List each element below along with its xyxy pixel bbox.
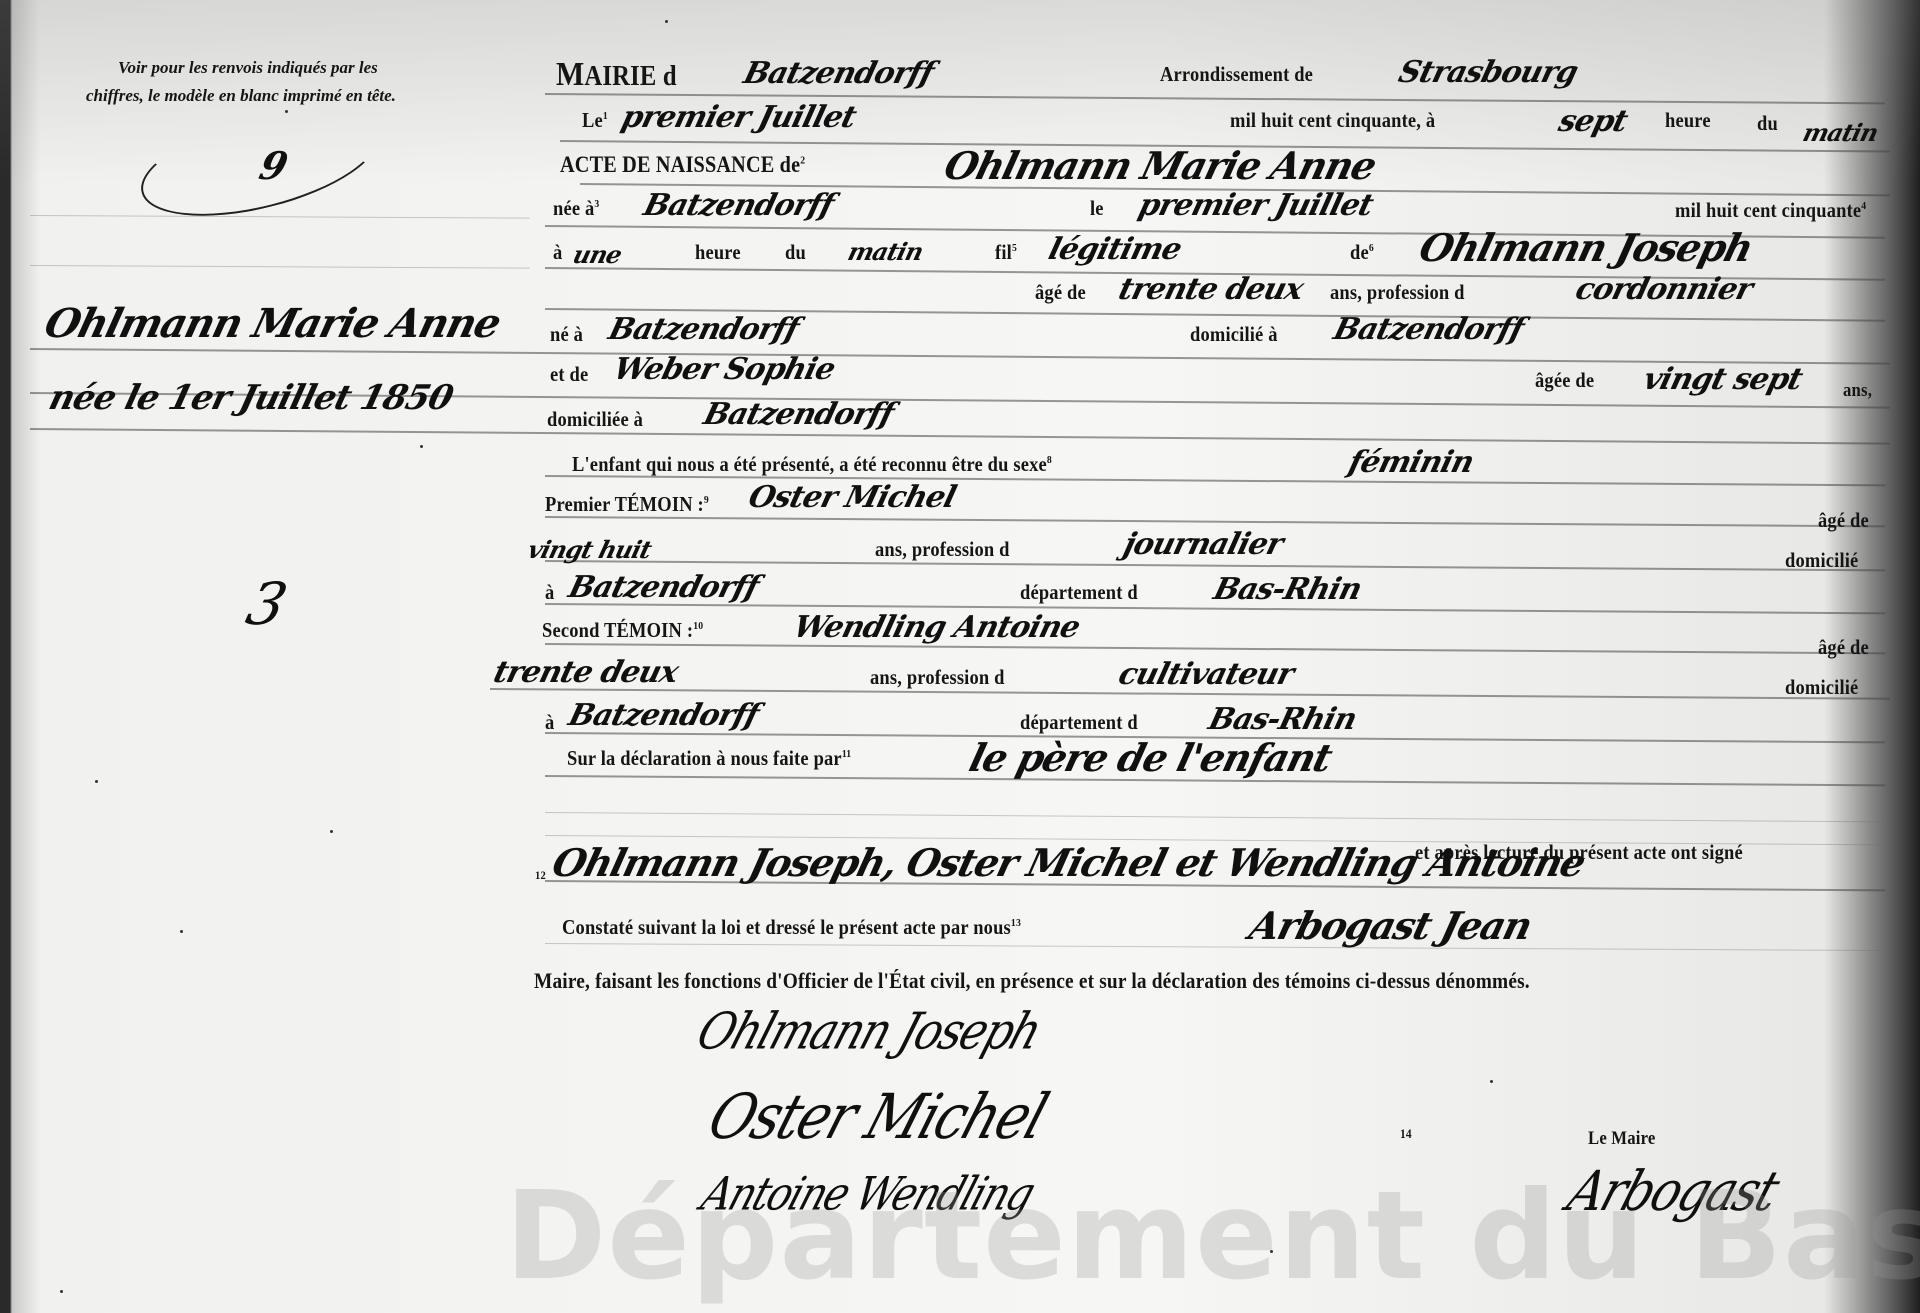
ref-8: 8 (1047, 454, 1052, 466)
ink-speck (60, 1290, 63, 1293)
declaration-label-text: Sur la déclaration à nous faite par (567, 746, 842, 770)
mairie-label-rest: AIRIE d (584, 61, 676, 92)
witness2-a-label: à (545, 710, 554, 735)
fil-label: fil5 (995, 240, 1017, 265)
ink-speck (1270, 1250, 1273, 1253)
margin-mark: 3 (240, 570, 292, 638)
witness1-age: vingt huit (525, 535, 654, 564)
le-label: Le (582, 108, 603, 132)
mother-name: Weber Sophie (610, 352, 838, 387)
ref-9: 9 (704, 494, 709, 506)
ref-2: 2 (800, 154, 805, 166)
witness2-departement-label: département d (1020, 710, 1138, 735)
witness2-profession: cultivateur (1115, 657, 1297, 692)
signature-ref: 14 (1400, 1126, 1412, 1142)
witness1-label: Premier TÉMOIN :9 (545, 492, 709, 517)
ruled-line (545, 812, 1885, 822)
signature-oster: Oster Michel (700, 1081, 1055, 1153)
du-label-2: du (785, 240, 806, 265)
mother-domicile-label: domiciliée à (547, 407, 643, 432)
witness1-domicile: Batzendorff (565, 570, 762, 605)
father-profession-label: ans, profession d (1330, 280, 1465, 305)
birth-hour: une (570, 240, 624, 269)
witness2-age-label: âgé de (1818, 635, 1869, 660)
archive-watermark: Département du Bas (505, 1165, 1920, 1307)
arrondissement-value: Strasbourg (1395, 55, 1581, 90)
fil-label-text: fil (995, 240, 1012, 264)
birth-year-label: mil huit cent cinquante (1675, 198, 1861, 222)
acte-label-text: ACTE DE NAISSANCE de (560, 152, 800, 177)
father-profession: cordonnier (1572, 272, 1756, 307)
ruled-line (545, 943, 1885, 951)
mairie-label-cap: M (556, 56, 584, 93)
arrondissement-label: Arrondissement de (1160, 62, 1313, 87)
declaration-label: Sur la déclaration à nous faite par11 (567, 746, 851, 771)
hour-value: sept (1555, 104, 1631, 139)
le-label: le (1090, 196, 1104, 221)
margin-annotation-birth: née le 1er Juillet 1850 (45, 378, 457, 418)
acte-label: ACTE DE NAISSANCE de2 (560, 152, 805, 178)
nee-label-text: née à (553, 196, 594, 220)
signed-ref: 12 (535, 868, 546, 883)
mairie-label: MAIRIE d (556, 56, 677, 94)
sex-value: féminin (1345, 445, 1477, 480)
signed-names: Ohlmann Joseph, Oster Michel et Wendling… (548, 840, 1589, 885)
ink-speck (1490, 1080, 1493, 1083)
mother-age: vingt sept (1640, 362, 1805, 397)
witness2-label: Second TÉMOIN :10 (542, 618, 703, 643)
a-label: à (553, 240, 562, 265)
date-value: premier Juillet (618, 100, 859, 135)
ruled-line (545, 516, 1885, 527)
birth-date: premier Juillet (1135, 188, 1376, 223)
signature-ohlmann: Ohlmann Joseph (690, 1002, 1047, 1061)
mother-domicile: Batzendorff (700, 397, 897, 432)
child-name: Ohlmann Marie Anne (940, 143, 1380, 188)
father-domicile: Batzendorff (1330, 312, 1527, 347)
father-age: trente deux (1115, 272, 1306, 307)
ref-3: 3 (594, 198, 599, 210)
witness2-profession-label: ans, profession d (870, 665, 1005, 690)
birth-year-text: mil huit cent cinquante4 (1675, 198, 1866, 223)
ink-speck (285, 110, 288, 113)
ref-6: 6 (1369, 242, 1374, 254)
period-value: matin (1800, 118, 1881, 147)
birth-period: matin (845, 237, 926, 266)
constate-label: Constaté suivant la loi et dressé le pré… (562, 915, 1021, 940)
witness1-label-text: Premier TÉMOIN : (545, 492, 704, 516)
witness1-profession: journalier (1120, 527, 1286, 562)
father-born-place: Batzendorff (605, 312, 802, 347)
witness2-name: Wendling Antoine (790, 610, 1083, 645)
witness1-profession-label: ans, profession d (875, 537, 1010, 562)
witness1-domicile-label: domicilié (1785, 548, 1858, 573)
mairie-value: Batzendorff (740, 56, 937, 91)
mother-ans-label: ans, (1843, 380, 1872, 402)
ruled-line (30, 348, 1890, 365)
constate-line2: Maire, faisant les fonctions d'Officier … (534, 968, 1530, 994)
sex-label-text: L'enfant qui nous a été présenté, a été … (572, 452, 1047, 476)
mother-label: et de (550, 362, 588, 387)
father-name: Ohlmann Joseph (1415, 225, 1757, 270)
de-label: de6 (1350, 240, 1374, 265)
ink-speck (665, 20, 668, 23)
witness2-domicile-label: domicilié (1785, 675, 1858, 700)
maire-label: Le Maire (1588, 1128, 1655, 1150)
ref-4: 4 (1861, 200, 1866, 212)
ruled-line (30, 265, 530, 269)
witness2-label-text: Second TÉMOIN : (542, 618, 693, 642)
de-label-text: de (1350, 240, 1369, 264)
ref-13: 13 (1011, 917, 1021, 929)
nee-label: née à3 (553, 196, 599, 221)
mother-age-label: âgée de (1535, 368, 1594, 393)
filiation: légitime (1045, 232, 1185, 267)
ink-speck (330, 830, 333, 833)
ink-speck (180, 930, 183, 933)
scanned-register-page: Voir pour les renvois indiqués par les c… (0, 0, 1920, 1313)
margin-note-line1: Voir pour les renvois indiqués par les (118, 58, 378, 78)
ruled-line (545, 643, 1885, 654)
date-label: Le1 (582, 108, 608, 133)
ref-10: 10 (693, 620, 703, 632)
officer-name: Arbogast Jean (1245, 903, 1536, 948)
ref-1: 1 (603, 110, 608, 122)
hour-label: heure (1665, 108, 1711, 133)
witness1-a-label: à (545, 580, 554, 605)
witness1-departement-label: département d (1020, 580, 1138, 605)
ruled-line (30, 428, 1890, 445)
margin-annotation-name: Ohlmann Marie Anne (40, 300, 505, 347)
margin-note-line2: chiffres, le modèle en blanc imprimé en … (86, 86, 396, 106)
birth-place: Batzendorff (640, 188, 837, 223)
ink-speck (95, 780, 98, 783)
witness2-departement: Bas-Rhin (1205, 702, 1360, 737)
witness1-age-label: âgé de (1818, 508, 1869, 533)
ref-5: 5 (1012, 242, 1017, 254)
declaration-value: le père de l'enfant (965, 735, 1336, 780)
du-label: du (1757, 111, 1778, 136)
witness2-domicile: Batzendorff (565, 698, 762, 733)
year-text: mil huit cent cinquante, à (1230, 108, 1435, 133)
ref-11: 11 (842, 748, 852, 760)
witness2-age: trente deux (490, 655, 681, 690)
father-born-label: né à (550, 322, 583, 347)
ruled-line (30, 215, 530, 219)
father-age-label: âgé de (1035, 280, 1086, 305)
heure-label: heure (695, 240, 741, 265)
ink-speck (420, 445, 423, 448)
witness1-name: Oster Michel (745, 480, 959, 515)
witness1-departement: Bas-Rhin (1210, 572, 1365, 607)
sex-label: L'enfant qui nous a été présenté, a été … (572, 452, 1052, 477)
constate-label-text: Constaté suivant la loi et dressé le pré… (562, 915, 1011, 939)
father-domicile-label: domicilié à (1190, 322, 1278, 347)
